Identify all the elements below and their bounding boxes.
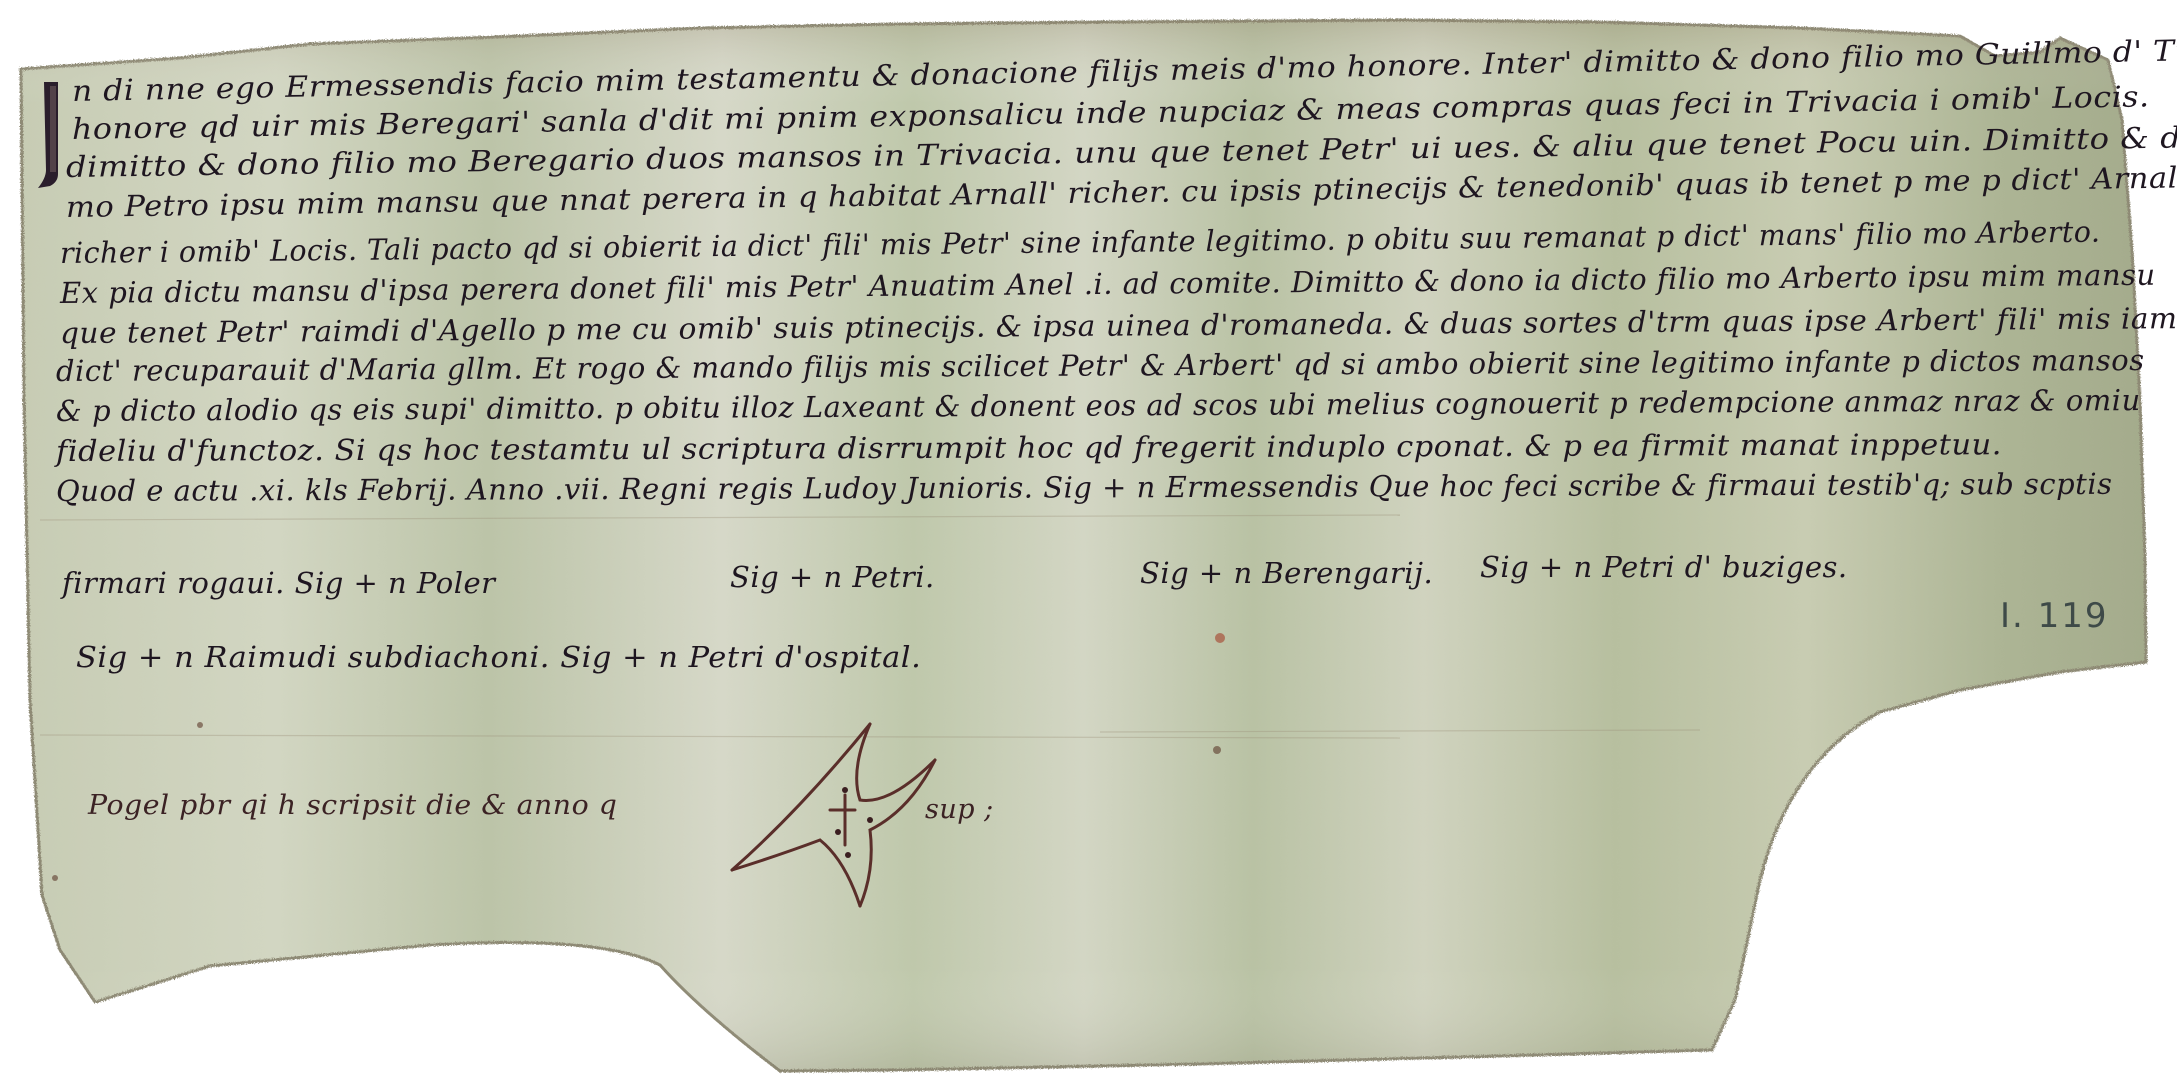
signum-mark: Sig +: [1140, 556, 1224, 590]
signum-mark: Sig +: [730, 560, 814, 594]
witness-name: n Petri.: [823, 560, 934, 594]
signum-mark: Sig +: [1480, 550, 1564, 584]
witness-name: n Petri d' buziges.: [1573, 550, 1847, 584]
witness-sig-petri: Sig + n Petri.: [730, 560, 935, 594]
initial-letter-i: [36, 78, 68, 190]
text-line-12: firmari rogaui. Sig + n Poler: [62, 566, 496, 600]
witness-name: n Berengarij.: [1233, 556, 1433, 590]
witness-sig-berengarij: Sig + n Berengarij.: [1140, 556, 1433, 590]
text-line-13: Sig + n Raimudi subdiachoni. Sig + n Pet…: [76, 640, 921, 674]
text-line-11: Quod e actu .xi. kls Febrij. Anno .vii. …: [56, 467, 2113, 508]
charter-viewer: n di nne ego Ermessendis facio mim testa…: [0, 0, 2177, 1092]
shelfmark-label: I. 119: [2000, 596, 2109, 636]
scribe-subscription: Pogel pbr qi h scripsit die & anno q: [88, 790, 617, 821]
witness-sig-petri-buziges: Sig + n Petri d' buziges.: [1480, 550, 1848, 584]
text-line-10: fideliu d'functoz. Si qs hoc testamtu ul…: [56, 427, 2002, 468]
scribe-signum-icon: [720, 710, 950, 910]
scribe-signum-suffix: sup ;: [925, 794, 994, 825]
